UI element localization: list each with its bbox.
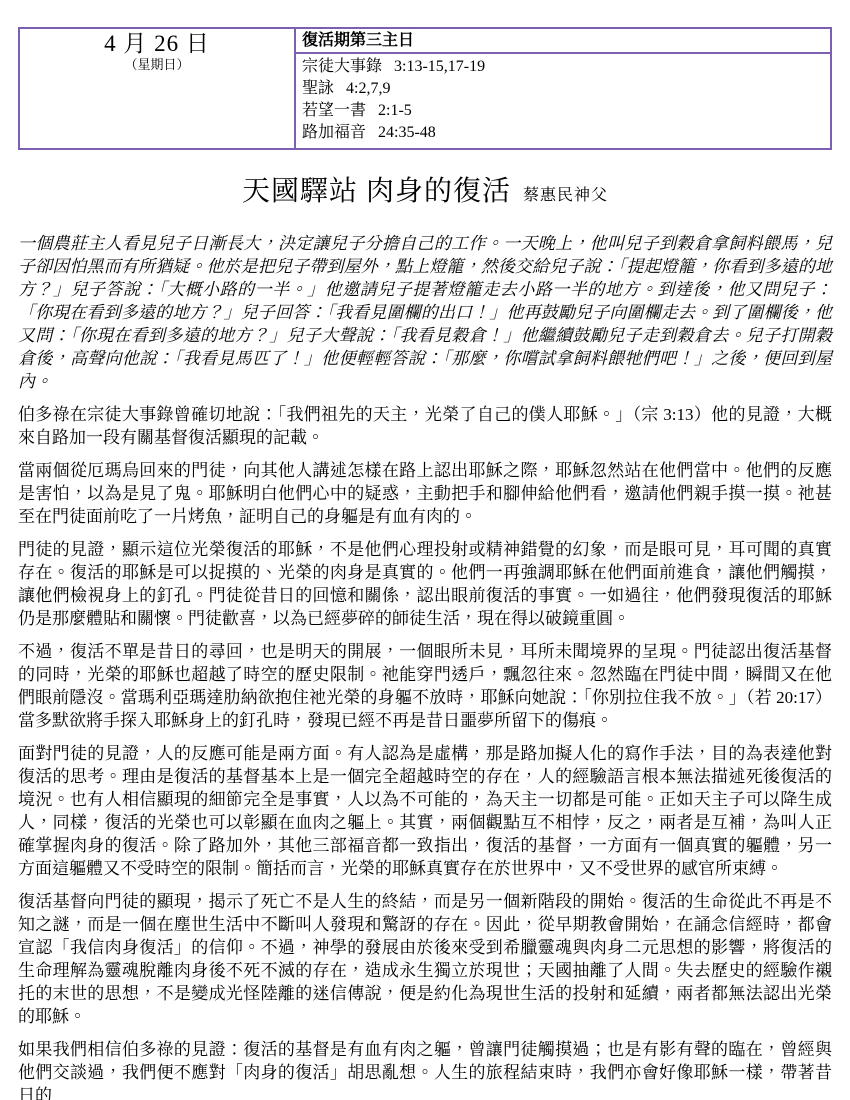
date-cell: 4 月 26 日 （星期日）: [19, 28, 295, 149]
paragraph-story: 一個農莊主人看見兒子日漸長大，決定讓兒子分擔自己的工作。一天晚上，他叫兒子到穀倉…: [18, 232, 832, 393]
paragraph-1: 伯多祿在宗徒大事錄曾確切地說：「我們祖先的天主，光榮了自己的僕人耶穌。」（宗 3…: [18, 403, 832, 449]
reading-john-letter: 若望一書 2:1-5: [302, 100, 824, 122]
reading-psalm: 聖詠 4:2,7,9: [302, 78, 824, 100]
reading-acts: 宗徒大事錄 3:13-15,17-19: [302, 56, 824, 78]
header-table: 4 月 26 日 （星期日） 復活期第三主日 宗徒大事錄 3:13-15,17-…: [18, 27, 832, 150]
readings-cell: 宗徒大事錄 3:13-15,17-19 聖詠 4:2,7,9 若望一書 2:1-…: [295, 53, 831, 149]
author-name: 蔡惠民神父: [523, 187, 608, 204]
weekday-text: （星期日）: [24, 57, 290, 73]
article-title: 天國驛站 肉身的復活蔡惠民神父: [18, 174, 832, 214]
title-text: 天國驛站 肉身的復活: [242, 176, 511, 207]
paragraph-3: 門徒的見證，顯示這位光榮復活的耶穌，不是他們心理投射或精神錯覺的幻象，而是眼可見…: [18, 538, 832, 630]
feast-title: 復活期第三主日: [302, 32, 414, 49]
document-page: 4 月 26 日 （星期日） 復活期第三主日 宗徒大事錄 3:13-15,17-…: [0, 0, 850, 1100]
paragraph-2: 當兩個從厄瑪烏回來的門徒，向其他人講述怎樣在路上認出耶穌之際，耶穌忽然站在他們當…: [18, 459, 832, 528]
paragraph-4: 不過，復活不單是昔日的尋回，也是明天的開展，一個眼所未見，耳所未聞境界的呈現。門…: [18, 640, 832, 732]
paragraph-6: 復活基督向門徒的顯現，揭示了死亡不是人生的終結，而是另一個新階段的開始。復活的生…: [18, 890, 832, 1028]
reading-gospel: 路加福音 24:35-48: [302, 122, 824, 144]
paragraph-5: 面對門徒的見證，人的反應可能是兩方面。有人認為是虛構，那是路加擬人化的寫作手法，…: [18, 742, 832, 880]
date-text: 4 月 26 日: [24, 31, 290, 57]
feast-cell: 復活期第三主日: [295, 28, 831, 53]
paragraph-7: 如果我們相信伯多祿的見證：復活的基督是有血有肉之軀，曾讓門徒觸摸過；也是有影有聲…: [18, 1038, 832, 1100]
